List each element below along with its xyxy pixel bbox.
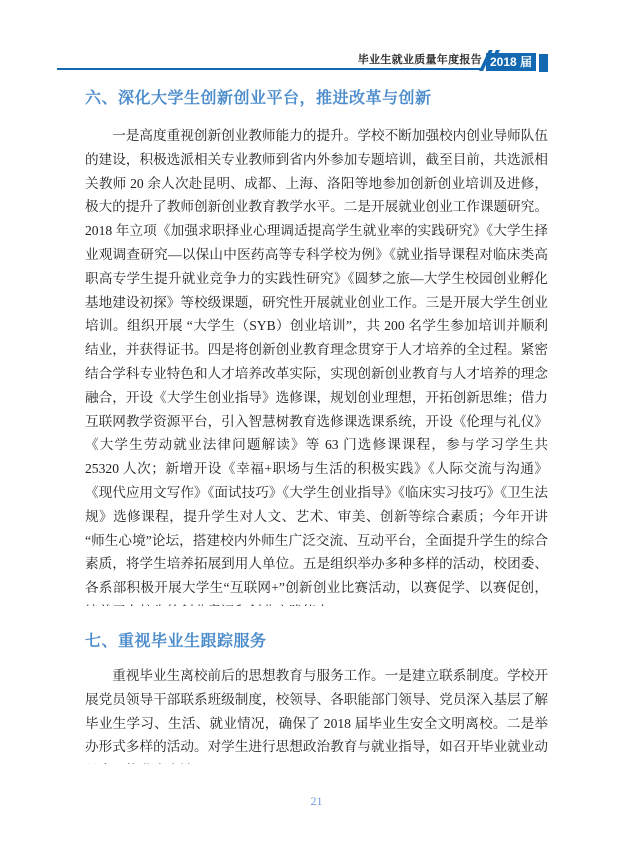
document-page: 毕业生就业质量年度报告 2018 届 六、深化大学生创新创业平台，推进改革与创新… [0,0,620,841]
header-divider-line [57,68,483,70]
section-7-paragraph: 重视毕业生离校前后的思想教育与服务工作。一是建立联系制度。学校开展党员领导干部联… [85,664,548,764]
page-number: 21 [85,794,548,809]
cohort-year-badge: 2018 届 [486,53,536,71]
section-6-paragraph: 一是高度重视创新创业教师能力的提升。学校不断加强校内创业导师队伍的建设，积极选派… [85,124,548,606]
report-title: 毕业生就业质量年度报告 [358,51,482,67]
section-6-heading: 六、深化大学生创新创业平台，推进改革与创新 [85,85,432,108]
page-header: 毕业生就业质量年度报告 2018 届 [57,48,548,72]
header-accent-bar [539,54,548,72]
section-7-heading: 七、重视毕业生跟踪服务 [85,628,267,651]
